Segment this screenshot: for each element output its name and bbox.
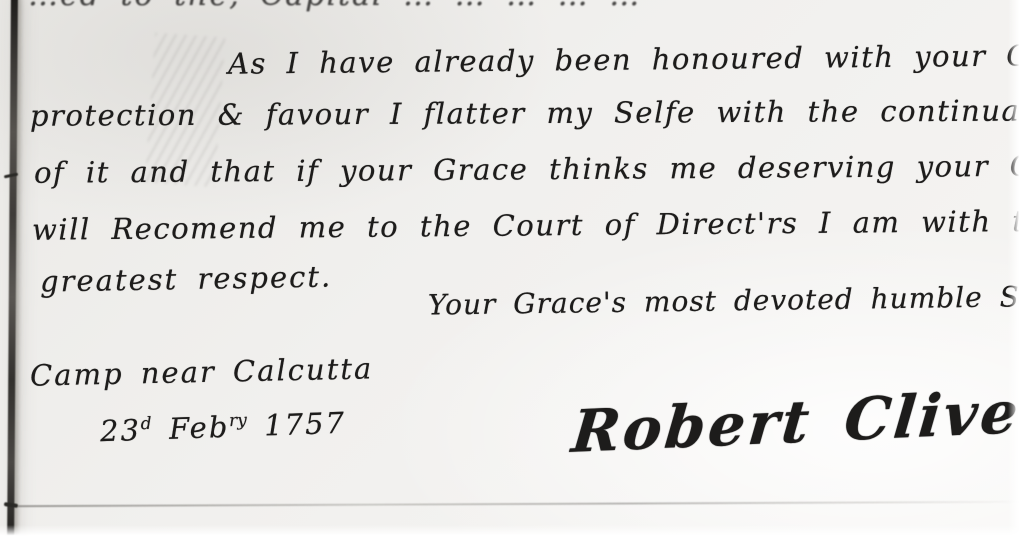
body-line-1: As I have already been honoured with you… xyxy=(228,37,1024,81)
body-line-4: will Recomend me to the Court of Direct'… xyxy=(32,203,1024,246)
date-line: 23d Febry 1757 xyxy=(99,406,346,449)
date-day: 23 xyxy=(99,413,141,448)
date-day-suffix: d xyxy=(140,414,152,434)
book-binding-edge xyxy=(7,0,18,539)
valediction-line: Your Grace's most devoted humble Servt xyxy=(428,279,1024,321)
body-line-3: of it and that if your Grace thinks me d… xyxy=(34,148,1024,189)
scan-edge-right xyxy=(1008,0,1024,539)
date-month-suffix: ry xyxy=(229,411,247,432)
bottom-page-crease xyxy=(18,501,1024,507)
binding-ink-mark-bottom xyxy=(4,502,18,508)
letter-scan-page: …ed to the, Capital … … … … … As I have … xyxy=(0,0,1024,539)
date-month: Feb xyxy=(168,410,229,446)
place-line: Camp near Calcutta xyxy=(30,351,374,392)
date-year: 1757 xyxy=(264,406,347,443)
cropped-top-line: …ed to the, Capital … … … … … xyxy=(28,0,641,14)
body-line-2: protection & favour I flatter my Selfe w… xyxy=(30,93,1024,132)
body-line-5: greatest respect. xyxy=(40,259,333,298)
scan-edge-bottom xyxy=(0,525,1024,539)
signature-robert-clive: Robert Clive xyxy=(569,378,1024,466)
